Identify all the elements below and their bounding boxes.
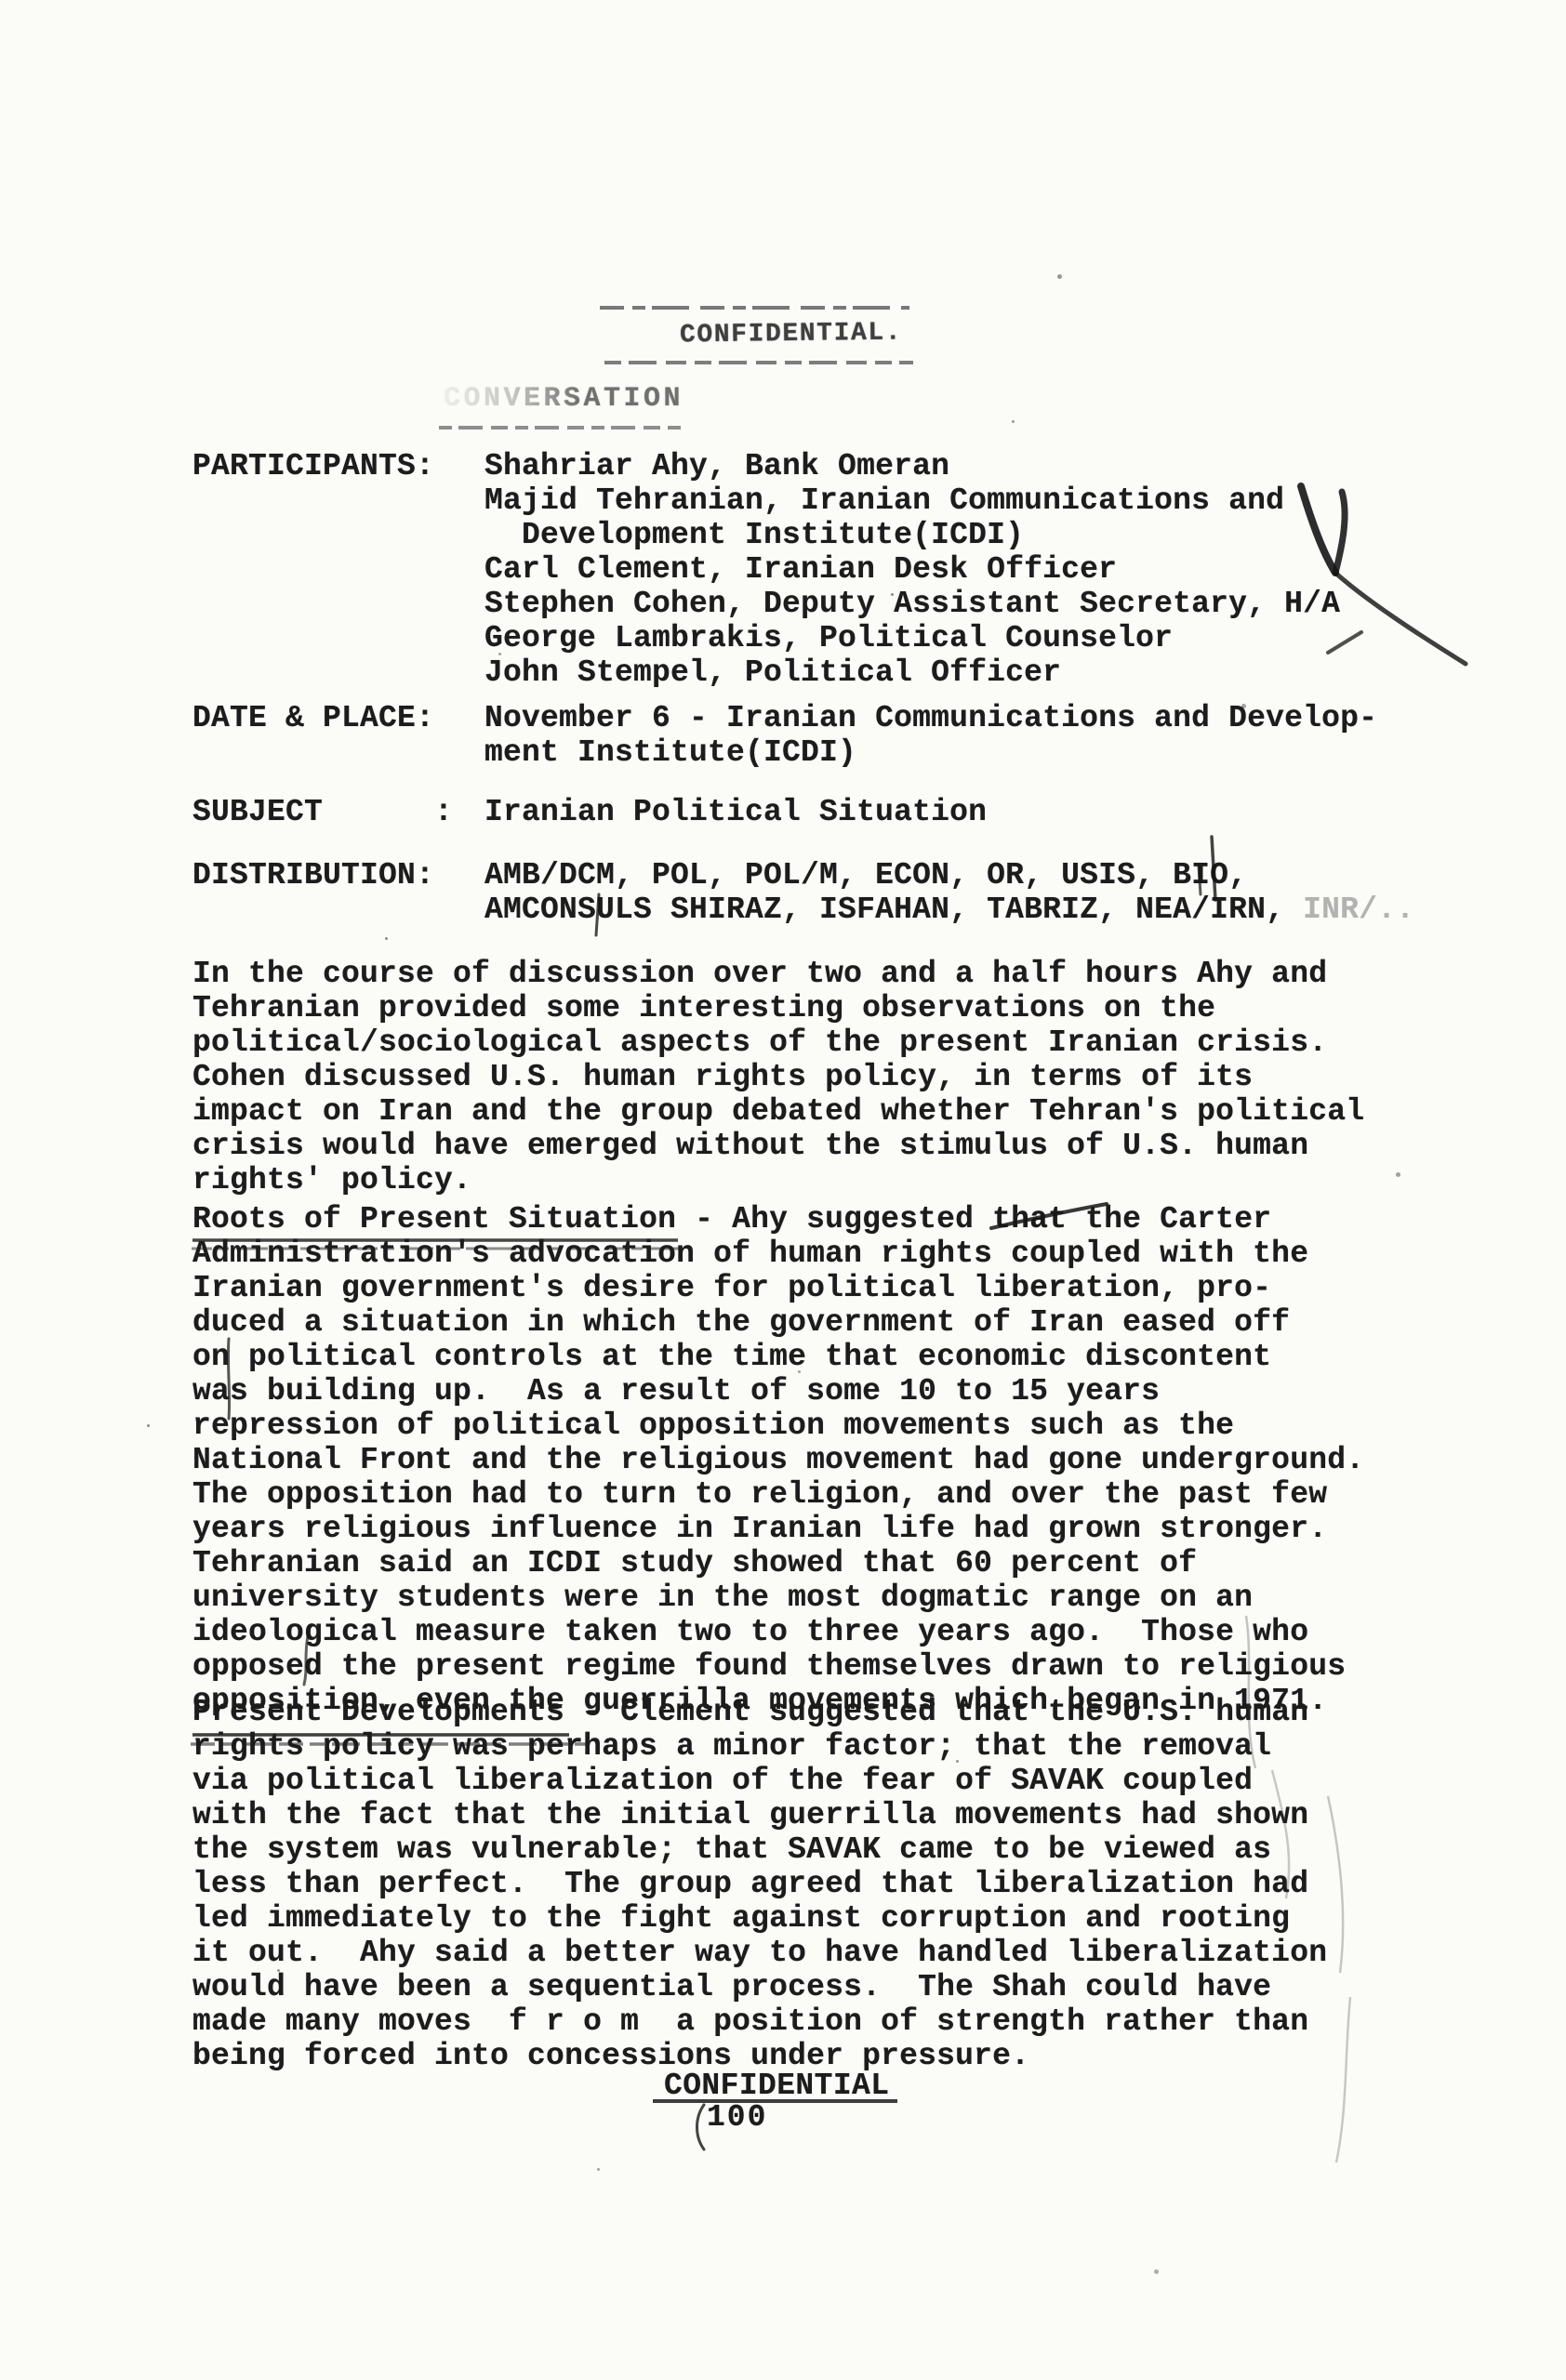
roots-body: - Ahy suggested that the Carter Administ… (192, 1202, 1364, 1718)
distribution-faded-text: INR/.. (1303, 892, 1414, 927)
classification-stamp-top: CONFIDENTIAL. (680, 319, 903, 350)
date-place-row: DATE & PLACE: November 6 - Iranian Commu… (192, 701, 1377, 770)
distribution-value: AMB/DCM, POL, POL/M, ECON, OR, USIS, BIO… (484, 858, 1414, 927)
pen-tail-stroke (1336, 574, 1466, 664)
developments-heading: Present Developments (192, 1695, 564, 1729)
date-place-label: DATE & PLACE: (192, 701, 484, 770)
paragraph-roots: Roots of Present Situation - Ahy suggest… (192, 1202, 1364, 1718)
developments-body: - Clement suggested that the U.S. human … (192, 1695, 1327, 2073)
date-place-value: November 6 - Iranian Communications and … (484, 701, 1377, 770)
scan-noise-specks (0, 0, 3, 3)
roots-heading: Roots of Present Situation (192, 1202, 676, 1236)
page-number: 100 (707, 2100, 767, 2135)
heading-fade-overlay (433, 376, 580, 428)
distribution-row: DISTRIBUTION: AMB/DCM, POL, POL/M, ECON,… (192, 858, 1414, 927)
pen-bracket-pagenum (697, 2105, 705, 2149)
paragraph-developments: Present Developments - Clement suggested… (192, 1695, 1327, 2073)
scratch-3 (1328, 1796, 1343, 1973)
subject-value: Iranian Political Situation (484, 795, 987, 829)
subject-row: SUBJECT : Iranian Political Situation (192, 795, 987, 829)
participants-label: PARTICIPANTS: (192, 449, 484, 690)
participants-value: Shahriar Ahy, Bank Omeran Majid Tehrania… (484, 449, 1340, 690)
participants-row: PARTICIPANTS: Shahriar Ahy, Bank Omeran … (192, 449, 1340, 690)
classification-stamp-bottom: CONFIDENTIAL (664, 2069, 889, 2103)
paragraph-summary: In the course of discussion over two and… (192, 957, 1364, 1197)
scanned-memo-page: CONFIDENTIAL. CONVERSATION PARTICIPANTS:… (0, 0, 1566, 2380)
scratch-4 (1336, 1997, 1350, 2162)
subject-label: SUBJECT : (192, 795, 484, 829)
distribution-main: AMB/DCM, POL, POL/M, ECON, OR, USIS, BIO… (484, 858, 1303, 927)
distribution-label: DISTRIBUTION: (192, 858, 484, 927)
